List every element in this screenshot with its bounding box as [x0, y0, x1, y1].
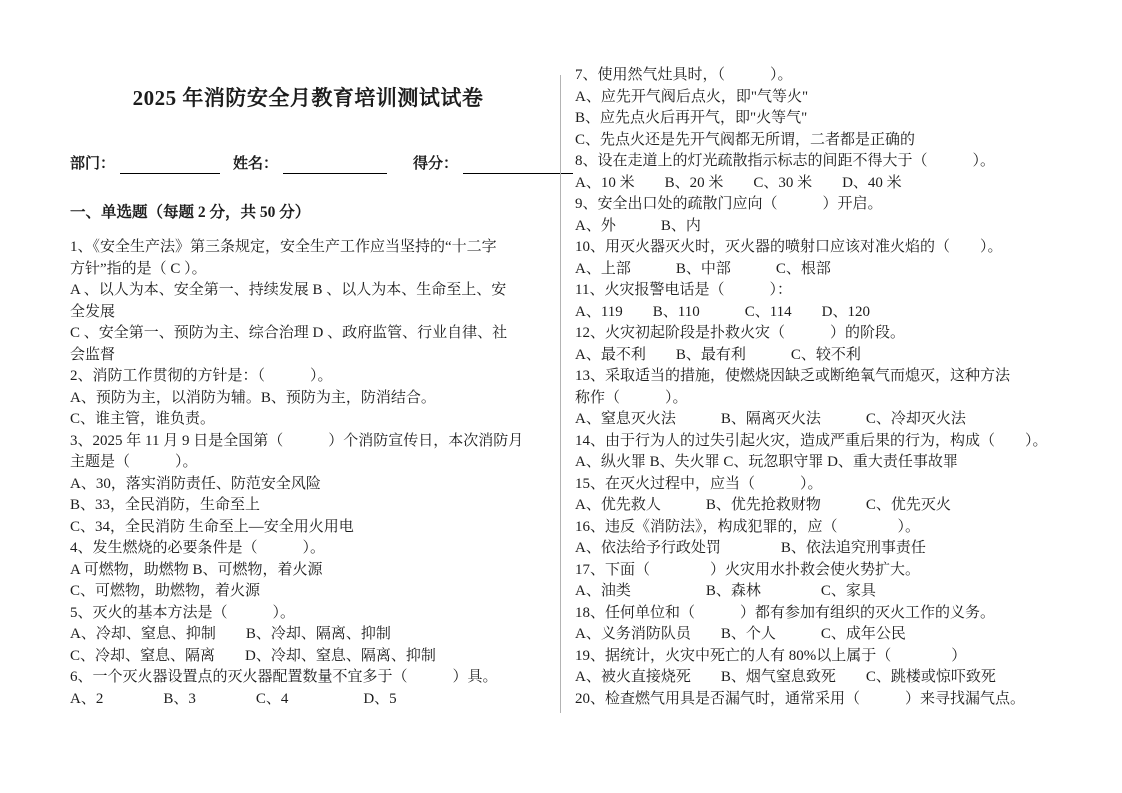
text-line: A、30，落实消防责任、防范安全风险 — [70, 474, 548, 496]
field-label: 部门： — [70, 154, 115, 174]
text-line: A、外 B、内 — [575, 216, 1069, 238]
header-field: 部门： — [70, 154, 220, 174]
text-line: 方针”指的是（ C ）。 — [70, 259, 548, 281]
text-line: C、可燃物，助燃物，着火源 — [70, 581, 548, 603]
text-line: A、应先开气阀后点火，即"气等火" — [575, 87, 1069, 109]
text-line: 2、消防工作贯彻的方针是：（ ）。 — [70, 366, 548, 388]
text-line: A、优先救人 B、优先抢救财物 C、优先灭火 — [575, 495, 1069, 517]
text-line: 19、据统计，火灾中死亡的人有 80%以上属于（ ） — [575, 646, 1069, 668]
text-line: A 可燃物，助燃物 B、可燃物，着火源 — [70, 560, 548, 582]
text-line: 15、在灭火过程中，应当（ ）。 — [575, 474, 1069, 496]
text-line: 3、2025 年 11 月 9 日是全国第（ ）个消防宣传日，本次消防月 — [70, 431, 548, 453]
column-divider — [560, 75, 561, 713]
text-line: B、应先点火后再开气，即"火等气" — [575, 108, 1069, 130]
text-line: 7、使用然气灶具时，（ ）。 — [575, 65, 1069, 87]
exam-page: 2025 年消防安全月教育培训测试试卷 部门：姓名：得分： 一、单选题（每题 2… — [0, 0, 1122, 793]
text-line: C 、安全第一、预防为主、综合治理 D 、政府监管、行业自律、社 — [70, 323, 548, 345]
text-line: 14、由于行为人的过失引起火灾，造成严重后果的行为，构成（ ）。 — [575, 431, 1069, 453]
text-line: 17、下面（ ）火灾用水扑救会使火势扩大。 — [575, 560, 1069, 582]
text-line: 会监督 — [70, 345, 548, 367]
exam-title: 2025 年消防安全月教育培训测试试卷 — [68, 82, 548, 112]
right-question-lines: 7、使用然气灶具时，（ ）。A、应先开气阀后点火，即"气等火"B、应先点火后再开… — [575, 65, 1069, 710]
text-line: A、10 米 B、20 米 C、30 米 D、40 米 — [575, 173, 1069, 195]
text-line: 主题是（ ）。 — [70, 452, 548, 474]
text-line: A、上部 B、中部 C、根部 — [575, 259, 1069, 281]
right-column: 7、使用然气灶具时，（ ）。A、应先开气阀后点火，即"气等火"B、应先点火后再开… — [575, 0, 1069, 793]
text-line: C、34，全民消防 生命至上—安全用火用电 — [70, 517, 548, 539]
field-blank-line — [120, 156, 220, 174]
text-line: 6、一个灭火器设置点的灭火器配置数量不宜多于（ ）具。 — [70, 667, 548, 689]
text-line: 16、违反《消防法》，构成犯罪的，应（ ）。 — [575, 517, 1069, 539]
text-line: A、最不利 B、最有利 C、较不利 — [575, 345, 1069, 367]
text-line: B、33，全民消防，生命至上 — [70, 495, 548, 517]
text-line: 20、检查燃气用具是否漏气时，通常采用（ ）来寻找漏气点。 — [575, 689, 1069, 711]
text-line: A、窒息灭火法 B、隔离灭火法 C、冷却灭火法 — [575, 409, 1069, 431]
header-field: 得分： — [413, 154, 573, 174]
text-line: A、被火直接烧死 B、烟气窒息致死 C、跳楼或惊吓致死 — [575, 667, 1069, 689]
text-line: A、预防为主，以消防为辅。B、预防为主，防消结合。 — [70, 388, 548, 410]
text-line: 10、用灭火器灭火时，灭火器的喷射口应该对准火焰的（ ）。 — [575, 237, 1069, 259]
text-line: A、冷却、窒息、抑制 B、冷却、隔离、抑制 — [70, 624, 548, 646]
section-heading: 一、单选题（每题 2 分，共 50 分） — [70, 200, 310, 222]
left-column: 2025 年消防安全月教育培训测试试卷 部门：姓名：得分： 一、单选题（每题 2… — [68, 0, 548, 793]
text-line: C、冷却、窒息、隔离 D、冷却、窒息、隔离、抑制 — [70, 646, 548, 668]
left-question-lines: 1、《安全生产法》第三条规定，安全生产工作应当坚持的“十二字方针”指的是（ C … — [70, 237, 548, 710]
text-line: C、先点火还是先开气阀都无所谓，二者都是正确的 — [575, 130, 1069, 152]
field-label: 姓名： — [233, 154, 278, 174]
text-line: 9、安全出口处的疏散门应向（ ）开启。 — [575, 194, 1069, 216]
text-line: A、119 B、110 C、114 D、120 — [575, 302, 1069, 324]
text-line: 8、设在走道上的灯光疏散指示标志的间距不得大于（ ）。 — [575, 151, 1069, 173]
field-blank-line — [283, 156, 387, 174]
text-line: A、纵火罪 B、失火罪 C、玩忽职守罪 D、重大责任事故罪 — [575, 452, 1069, 474]
text-line: 12、火灾初起阶段是扑救火灾（ ）的阶段。 — [575, 323, 1069, 345]
text-line: 13、采取适当的措施，使燃烧因缺乏或断绝氧气而熄灭，这种方法 — [575, 366, 1069, 388]
text-line: C、谁主管，谁负责。 — [70, 409, 548, 431]
field-label: 得分： — [413, 154, 458, 174]
header-field: 姓名： — [233, 154, 387, 174]
text-line: 称作（ ）。 — [575, 388, 1069, 410]
text-line: A、2 B、3 C、4 D、5 — [70, 689, 548, 711]
text-line: 1、《安全生产法》第三条规定，安全生产工作应当坚持的“十二字 — [70, 237, 548, 259]
text-line: 全发展 — [70, 302, 548, 324]
text-line: 4、发生燃烧的必要条件是（ ）。 — [70, 538, 548, 560]
text-line: 11、火灾报警电话是（ ）： — [575, 280, 1069, 302]
text-line: A、油类 B、森林 C、家具 — [575, 581, 1069, 603]
text-line: 5、灭火的基本方法是（ ）。 — [70, 603, 548, 625]
text-line: A、义务消防队员 B、个人 C、成年公民 — [575, 624, 1069, 646]
header-fields: 部门：姓名：得分： — [70, 154, 548, 174]
text-line: 18、任何单位和（ ）都有参加有组织的灭火工作的义务。 — [575, 603, 1069, 625]
field-blank-line — [463, 156, 573, 174]
text-line: A 、以人为本、安全第一、持续发展 B 、以人为本、生命至上、安 — [70, 280, 548, 302]
text-line: A、依法给予行政处罚 B、依法追究刑事责任 — [575, 538, 1069, 560]
